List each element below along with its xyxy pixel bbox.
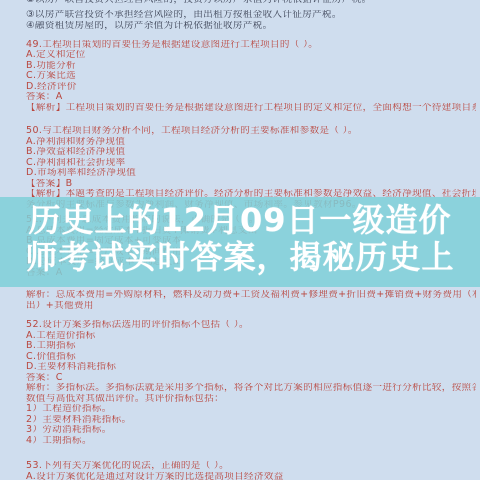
text-line: 答案：C [26, 373, 476, 384]
text-line: D.主要材料消耗指标 [26, 362, 476, 373]
exam-answers-page: ②以房产联营投资共担经营风险的，投资方以房产余值为计税依据计征房产税。③以房产联… [0, 0, 480, 480]
text-line: 解析：总成本费用=外购原材料，燃料及动力费+工资及福利费+修理费+折旧费+摊销费… [26, 290, 476, 301]
text-line: ③以房产联营投资不承担经营风险的，由出租方按租金收入计征房产税。 [26, 10, 476, 21]
banner-text-wrap: 历史上的12月09日一级造价 师考试实时答案，揭秘历史上 [0, 197, 480, 276]
text-line: A.工程造价指标 [26, 331, 476, 342]
text-line: C.净利润和社会折现率 [26, 158, 476, 169]
text-line: 解析：多指标法。多指标法就是采用多个指标，将各个对比方案的相应指标值逐一进行分析… [26, 383, 476, 394]
text-line: A.定义和定位 [26, 50, 476, 61]
text-line: 3）劳动消耗指标。 [26, 425, 476, 436]
banner-title-line1: 历史上的12月09日一级造价 [0, 202, 480, 239]
text-line: B.功能分析 [26, 61, 476, 72]
text-line: 50.与工程项目财务分析不同，工程项目经济分析的主要标准和参数是（ ）。 [26, 126, 476, 137]
text-line: ④融资租赁房屋的，以房产余值为计税依据征收房产税。 [26, 21, 476, 32]
text-line: D.市场利率和经济净现值 [26, 168, 476, 179]
text-line: 52.设计方案多指标法选用的评价指标不包括（ ）。 [26, 320, 476, 331]
text-line: 53.下列有关方案优化的说法，正确的是（ ）。 [26, 461, 476, 472]
text-line: 1）工程造价指标。 [26, 404, 476, 415]
text-line: 【答案】B [26, 179, 476, 190]
text-line: B.净效益和经济净现值 [26, 147, 476, 158]
text-line: A.净利润和财务净现值 [26, 137, 476, 148]
text-line: C.方案比选 [26, 71, 476, 82]
text-line: A.设计方案优化是通过对设计方案的比选提高项目经济效益 [26, 472, 476, 480]
text-line: D.经济评价 [26, 82, 476, 93]
text-line: 出）+其他费用 [26, 301, 476, 312]
text-line: 4）工期指标。 [26, 436, 476, 447]
text-line: ②以房产联营投资共担经营风险的，投资方以房产余值为计税依据计征房产税。 [26, 0, 476, 6]
watermark-banner: 历史上的12月09日一级造价 师考试实时答案，揭秘历史上 [0, 197, 480, 287]
text-line: 【解析】工程项目策划的首要任务是根据建设意图进行工程项目的定义和定位，全面构想一… [26, 103, 476, 114]
text-line: C.价值指标 [26, 352, 476, 363]
text-line: 2）主要材料消耗指标。 [26, 415, 476, 426]
text-line: 49.工程项目策划的首要任务是根据建设意图进行工程项目的（ ）。 [26, 40, 476, 51]
text-line: 数值与高低对其做出评价。其评价指标包括： [26, 394, 476, 405]
banner-title-line2: 师考试实时答案，揭秘历史上 [0, 239, 480, 276]
text-line: B.工期指标 [26, 341, 476, 352]
text-line: 答案：A [26, 92, 476, 103]
